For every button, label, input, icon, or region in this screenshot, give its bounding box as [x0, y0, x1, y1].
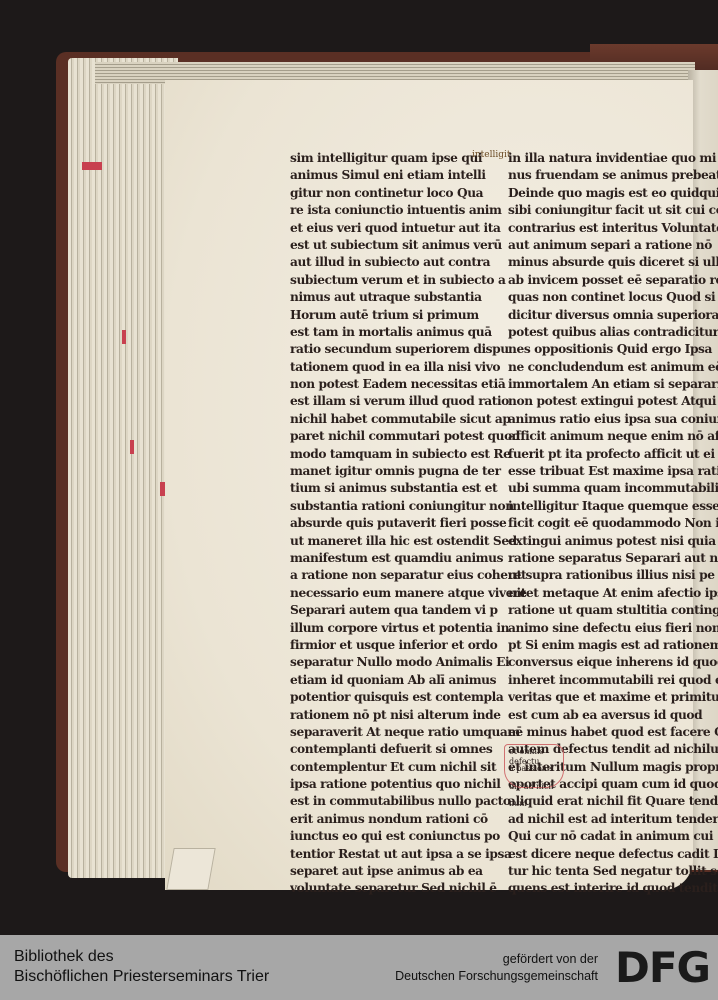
text-line: est in commutabilibus nullo pacto — [290, 793, 526, 810]
library-line-2: Bischöflichen Priesterseminars Trier — [14, 967, 269, 987]
text-line: necessario eum manere atque vivere — [290, 585, 526, 602]
text-line: substantia rationi coniungitur non — [290, 498, 526, 515]
text-line: contrarius est interitus Voluntate — [508, 220, 718, 237]
text-line: Horum autē trium si primum — [290, 307, 526, 324]
text-line: et eius veri quod intuetur aut ita — [290, 220, 526, 237]
text-line: sibi coniungitur facit ut sit cui co — [508, 202, 718, 219]
text-line: intelligitur Itaque quemque esse af — [508, 498, 718, 515]
text-line: ipsa ratione potentius quo nichil — [290, 776, 526, 793]
text-line: Deinde quo magis est eo quidquid — [508, 185, 718, 202]
text-line: quens est interire id quod tendit — [508, 880, 718, 897]
text-line: animo sine defectu eius fieri non — [508, 620, 718, 637]
funding-credit: gefördert von der Deutschen Forschungsge… — [395, 951, 598, 985]
text-line: aut animum separi a ratione nō — [508, 237, 718, 254]
text-line: tentior Restat ut aut ipsa a se ipsa — [290, 846, 526, 863]
text-line: animus ratio eius ipsa sua coniunctione — [508, 411, 718, 428]
text-line: eē minus habet quod est facere Omnis — [508, 724, 718, 741]
text-line: potentior quisquis est contempla — [290, 689, 526, 706]
red-bookmark-tab — [122, 330, 126, 344]
text-line: modo tamquam in subiecto est Re — [290, 446, 526, 463]
text-line: in illa natura invidentiae quo mi — [508, 150, 718, 167]
text-line: immortalem An etiam si separari — [508, 376, 718, 393]
text-line: tium si animus substantia est et — [290, 480, 526, 497]
text-line: sim intelligitur quam ipse qui — [290, 150, 526, 167]
text-line: ficit cogit eē quodammodo Non igitur — [508, 515, 718, 532]
text-line: nimus aut utraque substantia — [290, 289, 526, 306]
text-line: a ratione non separatur eius coheret — [290, 567, 526, 584]
page-stack-left — [68, 58, 178, 878]
library-line-1: Bibliothek des — [14, 947, 269, 967]
text-line: pt Si enim magis est ad rationem — [508, 637, 718, 654]
text-line: ratione separatus Separari aut nō pt — [508, 550, 718, 567]
text-line: iunctus eo qui est coniunctus po — [290, 828, 526, 845]
text-line: et omnis defectu — [509, 747, 559, 764]
text-line: inheret incommutabili rei quod est — [508, 672, 718, 689]
text-line: paret nichil commutari potest quod — [290, 428, 526, 445]
text-line: separet aut ipse animus ab ea — [290, 863, 526, 880]
text-line: gitur non continetur loco Qua — [290, 185, 526, 202]
text-line: illum corpore virtus et potentia in — [290, 620, 526, 637]
text-line: conversus eique inherens id quod — [508, 654, 718, 671]
text-line: contemplentur Et cum nichil sit — [290, 759, 526, 776]
text-line: nitet metaque At enim afectio ipsa a — [508, 585, 718, 602]
text-column-left: sim intelligitur quam ipse quianimus Sim… — [290, 150, 526, 898]
text-line: a passione — [509, 764, 559, 781]
library-credit: Bibliothek des Bischöflichen Priestersem… — [14, 947, 269, 987]
text-line: Qui cur nō cadat in animum cui — [508, 828, 718, 845]
text-line: absurde quis putaverit fieri posse — [290, 515, 526, 532]
text-line: animus Simul eni etiam intelli — [290, 167, 526, 184]
text-line: tationem quod in ea illa nisi vivo — [290, 359, 526, 376]
folded-page-corner — [166, 848, 215, 890]
red-bookmark-tab — [82, 162, 102, 170]
text-line: est dicere neque defectus cadit Ita — [508, 846, 718, 863]
text-line: est illam si verum illud quod ratio — [290, 393, 526, 410]
text-line: esse tribuat Est maxime ipsa ratio — [508, 463, 718, 480]
text-line: separaverit At neque ratio umquam — [290, 724, 526, 741]
text-line: voluntate separetur Sed nichil ē — [290, 880, 526, 897]
text-line: rationem nō pt nisi alterum inde — [290, 707, 526, 724]
text-line: quas non continet locus Quod si — [508, 289, 718, 306]
text-line: ut supra rationibus illius nisi pe — [508, 567, 718, 584]
manuscript-scan: intelligit sim intelligitur quam ipse qu… — [0, 0, 718, 935]
text-line: contemplanti defuerit si omnes — [290, 741, 526, 758]
text-line: afficit animum neque enim nō af — [508, 428, 718, 445]
text-line: nus fruendam se animus prebeat — [508, 167, 718, 184]
text-line: ratio secundum superiorem dispu — [290, 341, 526, 358]
text-line: potest quibus alias contradicitur — [508, 324, 718, 341]
text-line: aut illud in subiecto aut contra — [290, 254, 526, 271]
text-line: ut maneret illa hic est ostendit Sed — [290, 533, 526, 550]
text-line: ratione ut quam stultitia contingit — [508, 602, 718, 619]
text-line: erit animus nondum rationi cō — [290, 811, 526, 828]
text-line: non potest Eadem necessitas etiā — [290, 376, 526, 393]
funding-line-1: gefördert von der — [395, 951, 598, 968]
text-line: dicitur diversus omnia superiora — [508, 307, 718, 324]
text-line: minus absurde quis diceret si ulla — [508, 254, 718, 271]
text-line: Separari autem qua tandem vi p — [290, 602, 526, 619]
text-line: nichil habet commutabile sicut ap — [290, 411, 526, 428]
text-line: ilum — [509, 799, 559, 816]
text-line: re ista coniunctio intuentis anim — [290, 202, 526, 219]
text-line: etiam id quoniam Ab alī animus — [290, 672, 526, 689]
text-line: tur hic tenta Sed negatur tollit se — [508, 863, 718, 880]
text-line: est cum ab ea aversus id quod — [508, 707, 718, 724]
text-line: veritas que et maxime et primitus — [508, 689, 718, 706]
catchword-box: et omnis defectua passionedic ad nichilu… — [504, 744, 564, 788]
text-line: subiectum verum et in subiecto a — [290, 272, 526, 289]
text-line: est tam in mortalis animus quā — [290, 324, 526, 341]
text-line: separatur Nullo modo Animalis Ei — [290, 654, 526, 671]
text-line: firmior et usque inferior et ordo — [290, 637, 526, 654]
text-line: manifestum est quamdiu animus — [290, 550, 526, 567]
text-line: ubi summa quam incommutabilius — [508, 480, 718, 497]
footer-bar: Bibliothek des Bischöflichen Priestersem… — [0, 935, 718, 1000]
dfg-logo: DFG — [615, 948, 710, 988]
text-line: nes oppositionis Quid ergo Ipsa — [508, 341, 718, 358]
text-line: fuerit pt ita profecto afficit ut ei — [508, 446, 718, 463]
text-line: extingui animus potest nisi quia — [508, 533, 718, 550]
funding-line-2: Deutschen Forschungsgemeinschaft — [395, 968, 598, 985]
text-line: manet igitur omnis pugna de ter — [290, 463, 526, 480]
text-line: non potest extingui potest Atqui — [508, 393, 718, 410]
red-bookmark-tab — [130, 440, 134, 454]
text-line: ab invicem posset eē separatio rerū — [508, 272, 718, 289]
text-line: dic ad nich — [509, 782, 559, 799]
text-line: est ut subiectum sit animus verū — [290, 237, 526, 254]
text-line: ne concludendum est animum eē — [508, 359, 718, 376]
